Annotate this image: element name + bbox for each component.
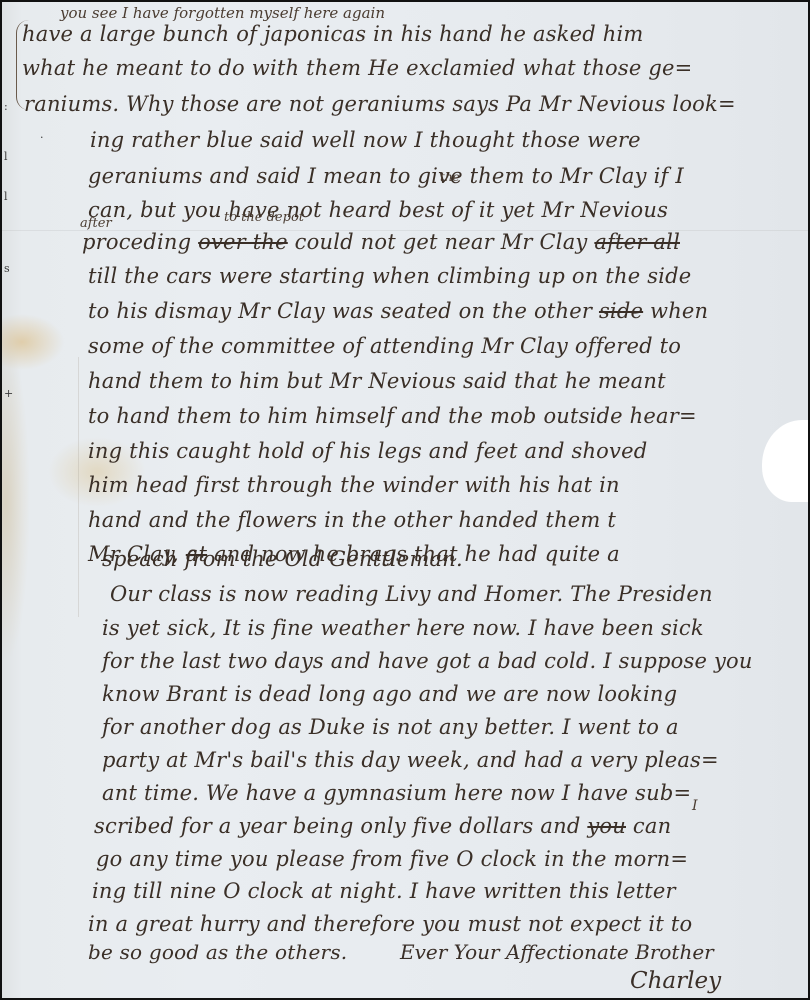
letter-line-11: hand them to him but Mr Nevious said tha… — [88, 369, 666, 393]
letter-line-13: ing this caught hold of his legs and fee… — [88, 439, 647, 463]
margin-mark: l — [4, 150, 8, 163]
letter-line-1: have a large bunch of japonicas in his h… — [22, 22, 644, 46]
line-9-start: to his dismay Mr Clay was seated on the … — [88, 299, 592, 323]
line-7-start: proceding — [82, 230, 191, 254]
letter-line-4: ing rather blue said well now I thought … — [90, 128, 641, 152]
paper-fold-vertical — [78, 357, 79, 617]
struck-text: over the — [198, 230, 288, 254]
letter-line-5: geraniums and said I mean to give them t… — [88, 164, 684, 188]
insertion-the: the — [440, 170, 460, 184]
struck-text: you — [587, 814, 626, 838]
letter-line-7: proceding over the could not get near Mr… — [82, 230, 680, 254]
letter-line-6: can, but you have not heard best of it y… — [88, 198, 668, 222]
insertion-I: I — [692, 798, 698, 814]
letter-line-21: know Brant is dead long ago and we are n… — [102, 682, 677, 706]
insertion-after: after — [80, 216, 112, 231]
letter-line-23: party at Mr's bail's this day week, and … — [102, 748, 719, 772]
line-25-end: can — [633, 814, 671, 838]
letter-line-19: is yet sick, It is fine weather here now… — [102, 616, 704, 640]
letter-line-3: raniums. Why those are not geraniums say… — [24, 92, 736, 116]
line-25-start: scribed for a year being only five dolla… — [94, 814, 580, 838]
top-note: you see I have forgotten myself here aga… — [60, 4, 385, 22]
letter-line-20: for the last two days and have got a bad… — [102, 649, 753, 673]
margin-mark: . — [40, 128, 44, 141]
signature: Charley — [630, 968, 721, 994]
struck-text: side — [599, 299, 643, 323]
insertion-to-the-depot: to the depot — [224, 210, 304, 225]
letter-line-18: Our class is now reading Livy and Homer.… — [110, 582, 713, 606]
line-9-end: when — [650, 299, 708, 323]
margin-mark: s — [4, 262, 10, 275]
letter-line-15: hand and the flowers in the other handed… — [88, 508, 616, 532]
letter-line-10: some of the committee of attending Mr Cl… — [88, 334, 681, 358]
letter-line-14: him head first through the winder with h… — [88, 473, 620, 497]
letter-line-9: to his dismay Mr Clay was seated on the … — [88, 299, 708, 323]
letter-line-25: scribed for a year being only five dolla… — [94, 814, 671, 838]
letter-line-22: for another dog as Duke is not any bette… — [102, 715, 679, 739]
letter-line-24: ant time. We have a gymnasium here now I… — [102, 781, 691, 805]
letter-line-26: go any time you please from five O clock… — [96, 847, 688, 871]
letter-line-12: to hand them to him himself and the mob … — [88, 404, 697, 428]
letter-line-28: in a great hurry and therefore you must … — [88, 912, 692, 936]
letter-line-27: ing till nine O clock at night. I have w… — [92, 879, 676, 903]
margin-mark: : — [4, 100, 8, 113]
paper-tear — [762, 420, 808, 502]
line-7-middle: could not get near Mr Clay — [295, 230, 595, 254]
letter-line-8: till the cars were starting when climbin… — [88, 264, 691, 288]
margin-mark: l — [4, 190, 8, 203]
margin-mark: + — [4, 387, 13, 400]
letter-line-17: speach from the Old Genttleman. — [102, 547, 463, 571]
letter-page: : . l l s + you see I have forgotten mys… — [2, 2, 808, 998]
letter-line-2: what he meant to do with them He exclami… — [22, 56, 692, 80]
struck-text: after all — [594, 230, 680, 254]
letter-line-29: be so good as the others. — [88, 940, 347, 964]
closing-salutation: Ever Your Affectionate Brother — [400, 940, 714, 964]
